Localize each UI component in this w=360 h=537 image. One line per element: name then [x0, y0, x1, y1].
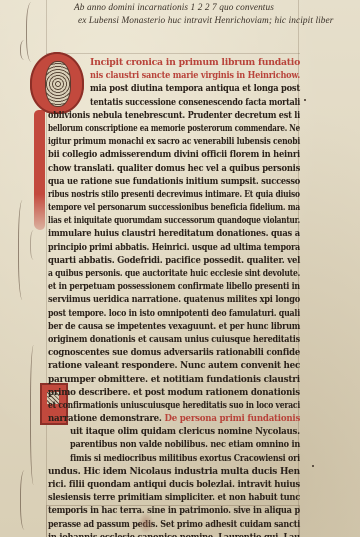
text-line: principio primi abbatis. Heinrici. usque… [48, 241, 263, 254]
rubric-title-line: Incipit cronica in primum librum fundati… [48, 56, 298, 69]
top-ruling-line [46, 53, 300, 54]
text-line: originem donationis et causam unius cuiu… [48, 333, 265, 346]
text-line: oblivionis nebula tenebrescunt. Prudente… [48, 109, 266, 122]
text-line: mia post diutina tempora antiqua et long… [48, 82, 271, 95]
text-line: tentatis successione consenescendo facta… [48, 96, 261, 109]
flourish-icon [20, 40, 31, 60]
marginal-note: Ab anno domini incarnationis 1 2 2 7 quo… [74, 2, 360, 28]
text-line: ber de causa se impetentes vexaguunt. et… [48, 320, 265, 333]
parchment-stain [138, 512, 154, 534]
text-line: slesiensis terre primitiam simpliciter. … [48, 491, 271, 504]
text-line: quarti abbatis. Godefridi. pacifice poss… [48, 254, 276, 267]
flourish-icon [30, 345, 39, 485]
flourish-icon [30, 230, 39, 260]
text-line: serviimus ueridica narratione. quatenus … [48, 293, 268, 306]
text-line: ribus nostris stilo presenti decrevimus … [48, 188, 249, 201]
manuscript-page: Ab anno domini incarnationis 1 2 2 7 quo… [0, 0, 360, 537]
main-text-block: Incipit cronica in primum librum fundati… [48, 56, 300, 537]
text-line: rici. filii quondam antiqui ducis bolezl… [48, 478, 279, 491]
text-line: post tempore. loco in isto omnipotenti d… [48, 307, 259, 320]
flourish-icon [18, 200, 29, 300]
text-line: uit itaque olim quidam clericus nomine N… [48, 425, 280, 438]
text-line: qua ue ratione sue fundationis initium s… [48, 175, 269, 188]
text-line: undus. Hic idem Nicolaus industria multa… [48, 465, 288, 478]
ink-dot [312, 465, 314, 467]
marginal-note-line: Ab anno domini incarnationis 1 2 2 7 quo… [74, 2, 360, 15]
text-line: ratione valeant respondere. Nunc autem c… [48, 359, 283, 372]
text-line: tempore vel personarum successionibus be… [48, 201, 248, 214]
text-line: et confirmationis uniuscuiusque heredita… [48, 399, 252, 412]
text-line: immulare huius claustri hereditatum dona… [48, 227, 272, 240]
empty-ruled-area [46, 505, 300, 537]
text-line: parumper obmittere. et notitiam fundatio… [48, 373, 287, 386]
marginal-note-line: ex Lubensi Monasterio huc intravit Henri… [78, 15, 360, 28]
text-line: parentibus non valde nobilibus. nec etia… [48, 438, 267, 451]
ink-dot [304, 99, 306, 101]
flourish-icon [20, 470, 31, 530]
rubric-title-line: nis claustri sancte marie virginis in He… [48, 69, 268, 82]
rubric-heading: De persona primi fundationis [162, 413, 300, 424]
text-line: bii collegio admisserendum divini offici… [48, 148, 272, 161]
text-line: igitur primum monachi ex sacro ac venera… [48, 135, 253, 148]
text-line: primo describere. et post modum rationem… [48, 386, 281, 399]
text-line-with-rubric: narratione demonstrare. De persona primi… [48, 412, 280, 425]
text-line: a quibus personis. que auctoritate huic … [48, 267, 253, 280]
text-line: bellorum conscriptione ea memorie poster… [48, 122, 241, 135]
text-line: chow translati. qualiter domus hec vel a… [48, 162, 272, 175]
text-line: et in perpetuam possessionem confirmate … [48, 280, 258, 293]
initial-tail-ornament [34, 110, 45, 230]
text-line: cognoscentes sue domus adversariis ratio… [48, 346, 276, 359]
text-line: lias et iniquitate quorumdam successorum… [48, 214, 243, 227]
text-segment: narratione demonstrare. [48, 413, 162, 424]
text-line: fimis si mediocribus militibus exortus C… [48, 452, 262, 465]
